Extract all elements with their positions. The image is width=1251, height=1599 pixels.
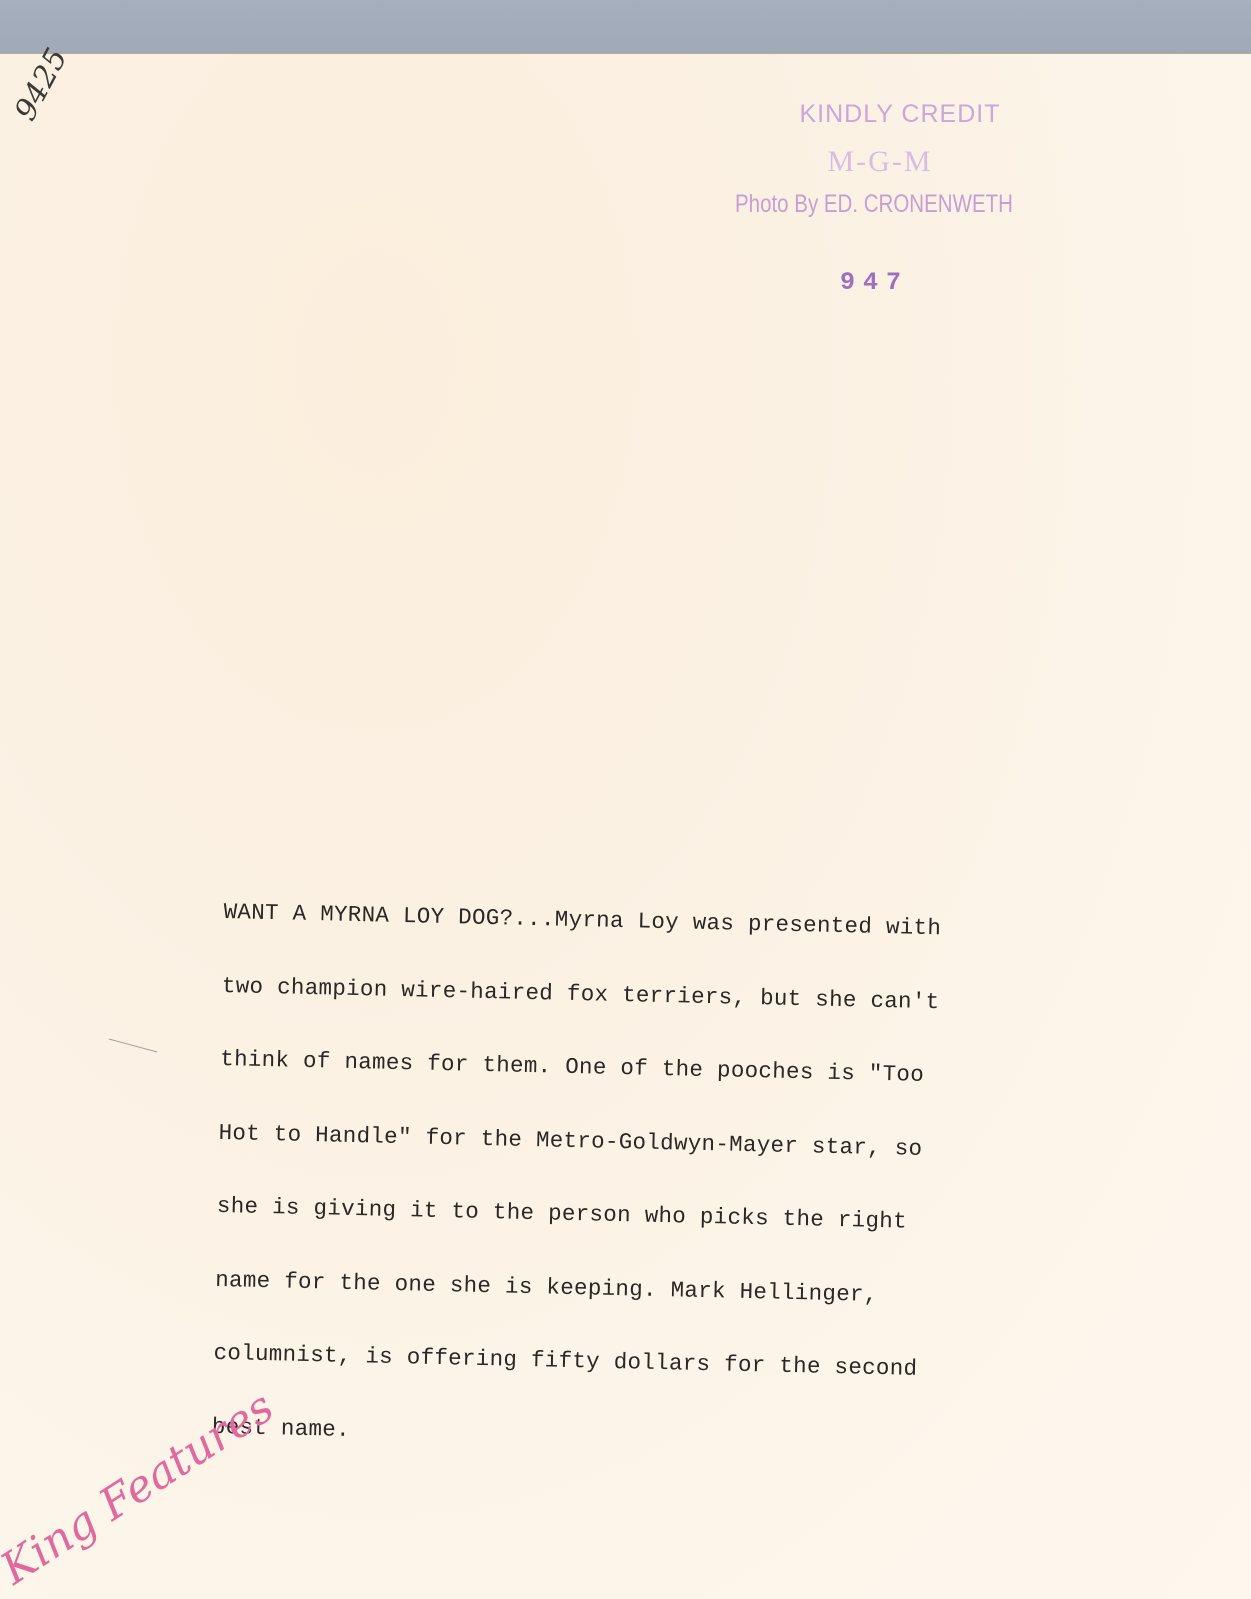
caption-line: name for the one she is keeping. Mark He…: [215, 1267, 1035, 1310]
caption-line: best name.: [212, 1414, 1032, 1457]
typed-caption: WANT A MYRNA LOY DOG?...Myrna Loy was pr…: [211, 851, 1045, 1482]
stamp-studio: M-G-M: [760, 145, 1000, 179]
caption-line: Hot to Handle" for the Metro-Goldwyn-May…: [218, 1120, 1038, 1163]
background-surface: [0, 0, 1251, 54]
stamp-number: 947: [840, 268, 960, 297]
caption-line: two champion wire-haired fox terriers, b…: [222, 973, 1042, 1016]
caption-line: WANT A MYRNA LOY DOG?...Myrna Loy was pr…: [223, 900, 1043, 943]
caption-line: columnist, is offering fifty dollars for…: [213, 1341, 1033, 1384]
caption-line: think of names for them. One of the pooc…: [220, 1047, 1040, 1090]
stamp-kindly-credit: KINDLY CREDIT: [760, 100, 1040, 129]
caption-line: she is giving it to the person who picks…: [217, 1194, 1037, 1237]
stamp-photographer: Photo By ED. CRONENWETH: [735, 190, 1013, 219]
